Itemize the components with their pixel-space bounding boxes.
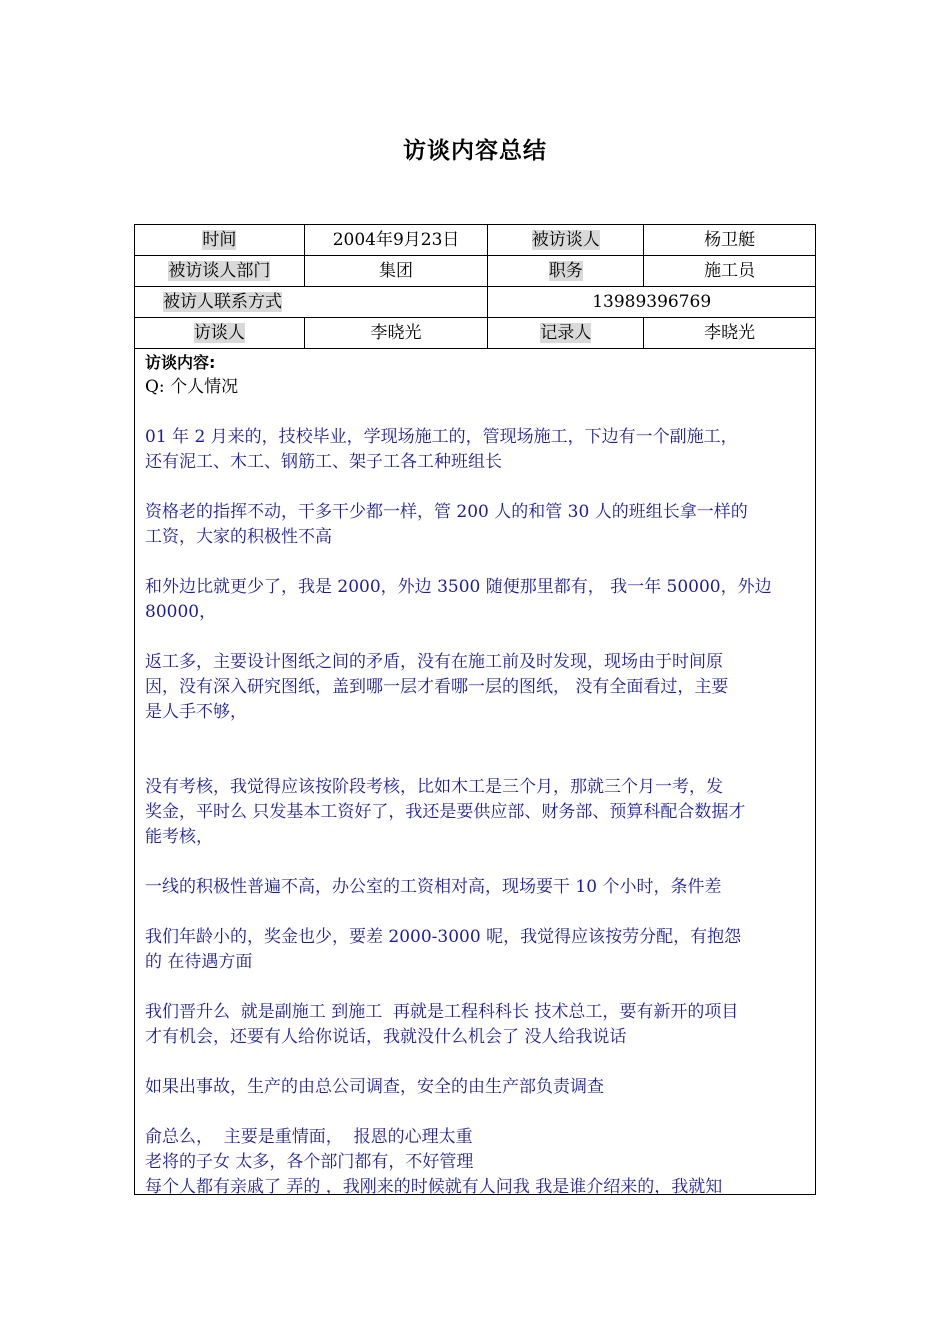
answer-paragraph: 返工多，主要设计图纸之间的矛盾，没有在施工前及时发现，现场由于时间原 因，没有深… [145, 650, 807, 725]
answer-paragraph: 俞总么， 主要是重情面， 报恩的心理太重 老将的子女 太多，各个部门都有，不好管… [145, 1125, 807, 1195]
answer-paragraph: 和外边比就更少了，我是 2000，外边 3500 随便那里都有， 我一年 500… [145, 575, 807, 625]
contact-label: 被访人联系方式 [163, 292, 282, 312]
content-label: 访谈内容: [145, 350, 807, 375]
contact-label-cell: 被访人联系方式 [135, 287, 488, 318]
answer-paragraph: 我们晋升么 就是副施工 到施工 再就是工程科科长 技术总工，要有新开的项目 才有… [145, 1000, 807, 1050]
recorder-value: 李晓光 [644, 318, 816, 349]
answer-paragraph: 资格老的指挥不动，干多干少都一样，管 200 人的和管 30 人的班组长拿一样的… [145, 500, 807, 550]
info-row-interviewer: 访谈人 李晓光 记录人 李晓光 [135, 318, 816, 349]
question-heading: Q: 个人情况 [145, 375, 807, 400]
department-value: 集团 [304, 256, 488, 287]
info-row-contact: 被访人联系方式 13989396769 [135, 287, 816, 318]
position-label-cell: 职务 [488, 256, 644, 287]
department-label: 被访谈人部门 [168, 261, 270, 281]
recorder-label-cell: 记录人 [488, 318, 644, 349]
time-label: 时间 [202, 230, 236, 250]
position-label: 职务 [549, 261, 583, 281]
answer-paragraph: 没有考核，我觉得应该按阶段考核，比如木工是三个月，那就三个月一考，发 奖金，平时… [145, 775, 807, 850]
answer-paragraph: 01 年 2 月来的，技校毕业，学现场施工的，管现场施工，下边有一个副施工， 还… [145, 425, 807, 475]
interviewer-label: 访谈人 [194, 323, 245, 343]
answer-paragraph: 一线的积极性普遍不高，办公室的工资相对高，现场要干 10 个小时，条件差 [145, 875, 807, 900]
answer-paragraph: 如果出事故，生产的由总公司调查，安全的由生产部负责调查 [145, 1075, 807, 1100]
interviewee-value: 杨卫艇 [644, 225, 816, 256]
answer-paragraph: 我们年龄小的，奖金也少，要差 2000-3000 呢，我觉得应该按劳分配，有抱怨… [145, 925, 807, 975]
interviewee-label-cell: 被访谈人 [488, 225, 644, 256]
document-title: 访谈内容总结 [0, 132, 950, 165]
interviewer-label-cell: 访谈人 [135, 318, 305, 349]
interview-content-cell: 访谈内容: Q: 个人情况 01 年 2 月来的，技校毕业，学现场施工的，管现场… [134, 348, 816, 1195]
position-value: 施工员 [644, 256, 816, 287]
interviewer-value: 李晓光 [304, 318, 488, 349]
info-row-department: 被访谈人部门 集团 职务 施工员 [135, 256, 816, 287]
interviewee-label: 被访谈人 [532, 230, 600, 250]
department-label-cell: 被访谈人部门 [135, 256, 305, 287]
interview-info-table: 时间 2004年9月23日 被访谈人 杨卫艇 被访谈人部门 集团 职务 施工员 … [134, 224, 816, 349]
time-value: 2004年9月23日 [304, 225, 488, 256]
time-label-cell: 时间 [135, 225, 305, 256]
contact-value: 13989396769 [488, 287, 816, 318]
recorder-label: 记录人 [540, 323, 591, 343]
info-row-time: 时间 2004年9月23日 被访谈人 杨卫艇 [135, 225, 816, 256]
